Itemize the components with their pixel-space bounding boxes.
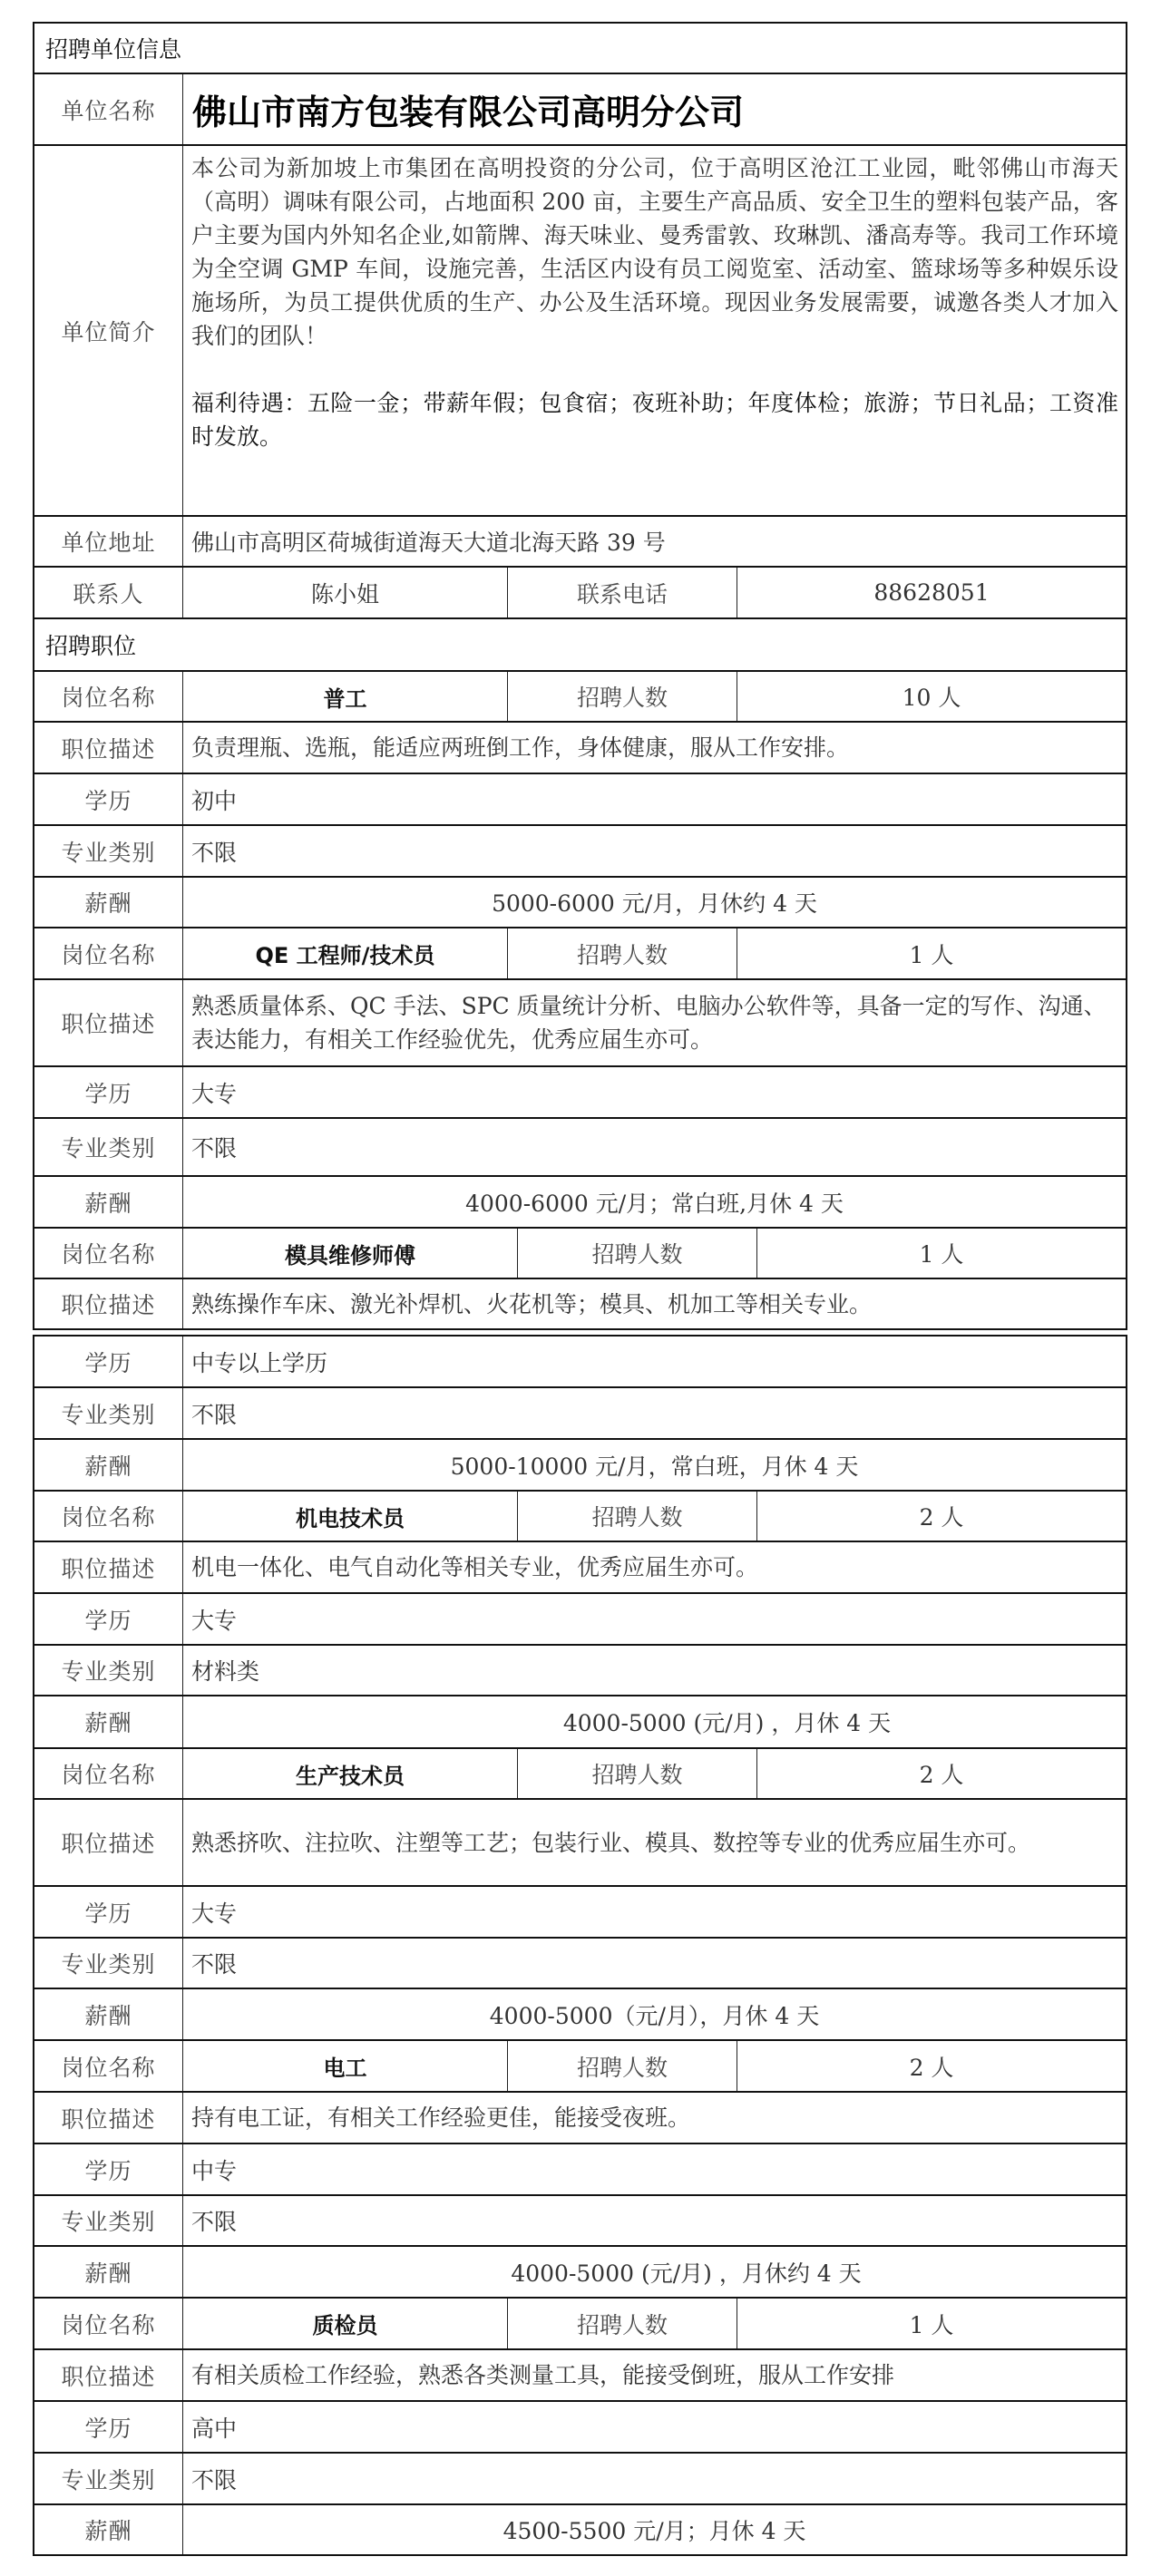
job-salary: 4000-5000 (元/月) ，月休 4 天 <box>183 1696 1126 1747</box>
job-major-label: 专业类别 <box>34 2454 183 2503</box>
job-title-row: 岗位名称 模具维修师傅 招聘人数 1 人 <box>33 1227 1127 1278</box>
job-edu-row: 学历 大专 <box>33 1885 1127 1937</box>
job-salary-label: 薪酬 <box>34 1440 183 1490</box>
job-count: 2 人 <box>757 1492 1126 1541</box>
job-salary-label: 薪酬 <box>34 2247 183 2297</box>
job-desc-label: 职位描述 <box>34 2093 183 2143</box>
job-edu-label: 学历 <box>34 2144 183 2194</box>
job-count-label: 招聘人数 <box>508 2299 737 2348</box>
job-count-label: 招聘人数 <box>518 1229 757 1278</box>
job-desc: 机电一体化、电气自动化等相关专业，优秀应届生亦可。 <box>183 1542 1126 1592</box>
job-salary-row: 薪酬 5000-6000 元/月，月休约 4 天 <box>33 876 1127 927</box>
job-title-row: 岗位名称 QE 工程师/技术员 招聘人数 1 人 <box>33 927 1127 978</box>
job-title-label: 岗位名称 <box>34 2299 183 2348</box>
job-edu-label: 学历 <box>34 1594 183 1644</box>
contact-row: 联系人 陈小姐 联系电话 88628051 <box>33 566 1127 617</box>
job-salary-row: 薪酬 5000-10000 元/月，常白班，月休 4 天 <box>33 1438 1127 1490</box>
job-major: 不限 <box>183 2196 1126 2245</box>
job-count-label: 招聘人数 <box>508 2041 737 2091</box>
job-count: 10 人 <box>737 672 1126 721</box>
job-desc: 熟悉质量体系、QC 手法、SPC 质量统计分析、电脑办公软件等，具备一定的写作、… <box>183 980 1126 1065</box>
job-salary-label: 薪酬 <box>34 878 183 927</box>
job-salary-label: 薪酬 <box>34 1989 183 2039</box>
job-title-row: 岗位名称 质检员 招聘人数 1 人 <box>33 2297 1127 2348</box>
job-major-row: 专业类别 材料类 <box>33 1644 1127 1695</box>
job-major-row: 专业类别 不限 <box>33 2194 1127 2245</box>
job-title-label: 岗位名称 <box>34 928 183 978</box>
company-name-label: 单位名称 <box>34 74 183 144</box>
job-count: 1 人 <box>737 2299 1126 2348</box>
job-major: 不限 <box>183 826 1126 876</box>
company-intro: 本公司为新加坡上市集团在高明投资的分公司，位于高明区沧江工业园，毗邻佛山市海天（… <box>183 146 1126 515</box>
job-major: 材料类 <box>183 1646 1126 1695</box>
job-desc: 熟悉挤吹、注拉吹、注塑等工艺；包装行业、模具、数控等专业的优秀应届生亦可。 <box>183 1800 1126 1885</box>
job-major-label: 专业类别 <box>34 1388 183 1438</box>
job-salary-label: 薪酬 <box>34 1177 183 1227</box>
company-name-row: 单位名称 佛山市南方包装有限公司高明分公司 <box>33 73 1127 144</box>
job-title-label: 岗位名称 <box>34 2041 183 2091</box>
job-salary-row: 薪酬 4000-5000 (元/月) ，月休约 4 天 <box>33 2245 1127 2297</box>
job-desc-row: 职位描述 熟悉挤吹、注拉吹、注塑等工艺；包装行业、模具、数控等专业的优秀应届生亦… <box>33 1798 1127 1885</box>
job-major-row: 专业类别 不限 <box>33 1386 1127 1438</box>
job-desc-row: 职位描述 熟练操作车床、激光补焊机、火花机等；模具、机加工等相关专业。 <box>33 1278 1127 1330</box>
job-title: 普工 <box>183 672 508 721</box>
job-desc-label: 职位描述 <box>34 723 183 773</box>
address-value: 佛山市高明区荷城街道海天大道北海天路 39 号 <box>183 517 1126 566</box>
job-salary-row: 薪酬 4000-5000 (元/月) ，月休 4 天 <box>33 1695 1127 1747</box>
company-intro-row: 单位简介 本公司为新加坡上市集团在高明投资的分公司，位于高明区沧江工业园，毗邻佛… <box>33 144 1127 515</box>
job-desc-row: 职位描述 负责理瓶、选瓶，能适应两班倒工作，身体健康，服从工作安排。 <box>33 721 1127 773</box>
job-count: 2 人 <box>737 2041 1126 2091</box>
company-address-row: 单位地址 佛山市高明区荷城街道海天大道北海天路 39 号 <box>33 515 1127 566</box>
job-salary-row: 薪酬 4000-6000 元/月；常白班,月休 4 天 <box>33 1175 1127 1227</box>
job-title-row: 岗位名称 普工 招聘人数 10 人 <box>33 670 1127 721</box>
job-count: 1 人 <box>757 1229 1126 1278</box>
job-major-row: 专业类别 不限 <box>33 1117 1127 1175</box>
job-count-label: 招聘人数 <box>518 1749 757 1798</box>
job-edu-label: 学历 <box>34 1887 183 1937</box>
job-count-label: 招聘人数 <box>508 928 737 978</box>
job-edu-row: 学历 大专 <box>33 1592 1127 1644</box>
job-edu: 大专 <box>183 1067 1126 1117</box>
job-title-row: 岗位名称 机电技术员 招聘人数 2 人 <box>33 1490 1127 1541</box>
job-desc-row: 职位描述 有相关质检工作经验，熟悉各类测量工具，能接受倒班，服从工作安排 <box>33 2348 1127 2400</box>
job-desc-row: 职位描述 机电一体化、电气自动化等相关专业，优秀应届生亦可。 <box>33 1541 1127 1592</box>
job-title-label: 岗位名称 <box>34 1492 183 1541</box>
job-edu: 中专以上学历 <box>183 1337 1126 1386</box>
section-title: 招聘职位 <box>34 619 1126 670</box>
job-title: 模具维修师傅 <box>183 1229 518 1278</box>
job-salary-label: 薪酬 <box>34 2505 183 2554</box>
benefits-text: 福利待遇：五险一金；带薪年假；包食宿；夜班补助；年度体检；旅游；节日礼品；工资准… <box>191 386 1118 453</box>
job-title-label: 岗位名称 <box>34 1749 183 1798</box>
job-title: 生产技术员 <box>183 1749 518 1798</box>
job-count: 2 人 <box>757 1749 1126 1798</box>
contact-value: 陈小姐 <box>183 568 508 617</box>
job-desc-row: 职位描述 持有电工证，有相关工作经验更佳，能接受夜班。 <box>33 2091 1127 2143</box>
job-desc: 有相关质检工作经验，熟悉各类测量工具，能接受倒班，服从工作安排 <box>183 2350 1126 2400</box>
company-section-header: 招聘单位信息 <box>33 22 1127 73</box>
job-edu-label: 学历 <box>34 1337 183 1386</box>
job-count-label: 招聘人数 <box>518 1492 757 1541</box>
job-major-label: 专业类别 <box>34 1939 183 1988</box>
job-edu: 高中 <box>183 2402 1126 2452</box>
company-name: 佛山市南方包装有限公司高明分公司 <box>183 74 1126 144</box>
job-edu-row: 学历 中专以上学历 <box>33 1335 1127 1386</box>
job-edu-row: 学历 大专 <box>33 1065 1127 1117</box>
job-edu-row: 学历 中专 <box>33 2143 1127 2194</box>
job-edu-label: 学历 <box>34 2402 183 2452</box>
job-edu-row: 学历 高中 <box>33 2400 1127 2452</box>
job-major-label: 专业类别 <box>34 2196 183 2245</box>
job-title: 电工 <box>183 2041 508 2091</box>
contact-label: 联系人 <box>34 568 183 617</box>
job-major-row: 专业类别 不限 <box>33 1937 1127 1988</box>
job-major-row: 专业类别 不限 <box>33 824 1127 876</box>
phone-label: 联系电话 <box>508 568 737 617</box>
intro-text: 本公司为新加坡上市集团在高明投资的分公司，位于高明区沧江工业园，毗邻佛山市海天（… <box>191 151 1118 353</box>
job-salary: 5000-10000 元/月，常白班，月休 4 天 <box>183 1440 1126 1490</box>
job-salary: 4000-6000 元/月；常白班,月休 4 天 <box>183 1177 1126 1227</box>
job-major: 不限 <box>183 1939 1126 1988</box>
job-title-label: 岗位名称 <box>34 1229 183 1278</box>
job-desc: 负责理瓶、选瓶，能适应两班倒工作，身体健康，服从工作安排。 <box>183 723 1126 773</box>
job-major: 不限 <box>183 1388 1126 1438</box>
job-salary: 4000-5000（元/月），月休 4 天 <box>183 1989 1126 2039</box>
job-title: QE 工程师/技术员 <box>183 928 508 978</box>
job-desc-row: 职位描述 熟悉质量体系、QC 手法、SPC 质量统计分析、电脑办公软件等，具备一… <box>33 978 1127 1065</box>
job-major-row: 专业类别 不限 <box>33 2452 1127 2503</box>
company-intro-label: 单位简介 <box>34 146 183 515</box>
job-desc-label: 职位描述 <box>34 1279 183 1328</box>
address-label: 单位地址 <box>34 517 183 566</box>
job-salary: 4000-5000 (元/月) ，月休约 4 天 <box>183 2247 1126 2297</box>
job-edu-label: 学历 <box>34 1067 183 1117</box>
job-desc-label: 职位描述 <box>34 980 183 1065</box>
job-salary-row: 薪酬 4500-5500 元/月；月休 4 天 <box>33 2503 1127 2556</box>
job-count: 1 人 <box>737 928 1126 978</box>
job-edu: 大专 <box>183 1594 1126 1644</box>
job-desc-label: 职位描述 <box>34 1542 183 1592</box>
phone-value: 88628051 <box>737 568 1126 617</box>
job-title-row: 岗位名称 电工 招聘人数 2 人 <box>33 2039 1127 2091</box>
job-count-label: 招聘人数 <box>508 672 737 721</box>
job-edu: 大专 <box>183 1887 1126 1937</box>
job-major-label: 专业类别 <box>34 1646 183 1695</box>
job-desc-label: 职位描述 <box>34 2350 183 2400</box>
job-edu: 中专 <box>183 2144 1126 2194</box>
job-desc: 熟练操作车床、激光补焊机、火花机等；模具、机加工等相关专业。 <box>183 1279 1126 1328</box>
job-major: 不限 <box>183 2454 1126 2503</box>
job-title-row: 岗位名称 生产技术员 招聘人数 2 人 <box>33 1747 1127 1798</box>
job-edu-row: 学历 初中 <box>33 773 1127 824</box>
job-salary-label: 薪酬 <box>34 1696 183 1747</box>
job-desc: 持有电工证，有相关工作经验更佳，能接受夜班。 <box>183 2093 1126 2143</box>
job-salary: 5000-6000 元/月，月休约 4 天 <box>183 878 1126 927</box>
job-edu: 初中 <box>183 774 1126 824</box>
job-major-label: 专业类别 <box>34 1119 183 1175</box>
job-title: 机电技术员 <box>183 1492 518 1541</box>
job-desc-label: 职位描述 <box>34 1800 183 1885</box>
job-salary: 4500-5500 元/月；月休 4 天 <box>183 2505 1126 2554</box>
job-title: 质检员 <box>183 2299 508 2348</box>
job-major-label: 专业类别 <box>34 826 183 876</box>
section-title: 招聘单位信息 <box>34 24 1126 73</box>
job-title-label: 岗位名称 <box>34 672 183 721</box>
job-salary-row: 薪酬 4000-5000（元/月），月休 4 天 <box>33 1988 1127 2039</box>
job-major: 不限 <box>183 1119 1126 1175</box>
job-edu-label: 学历 <box>34 774 183 824</box>
positions-section-header: 招聘职位 <box>33 617 1127 670</box>
